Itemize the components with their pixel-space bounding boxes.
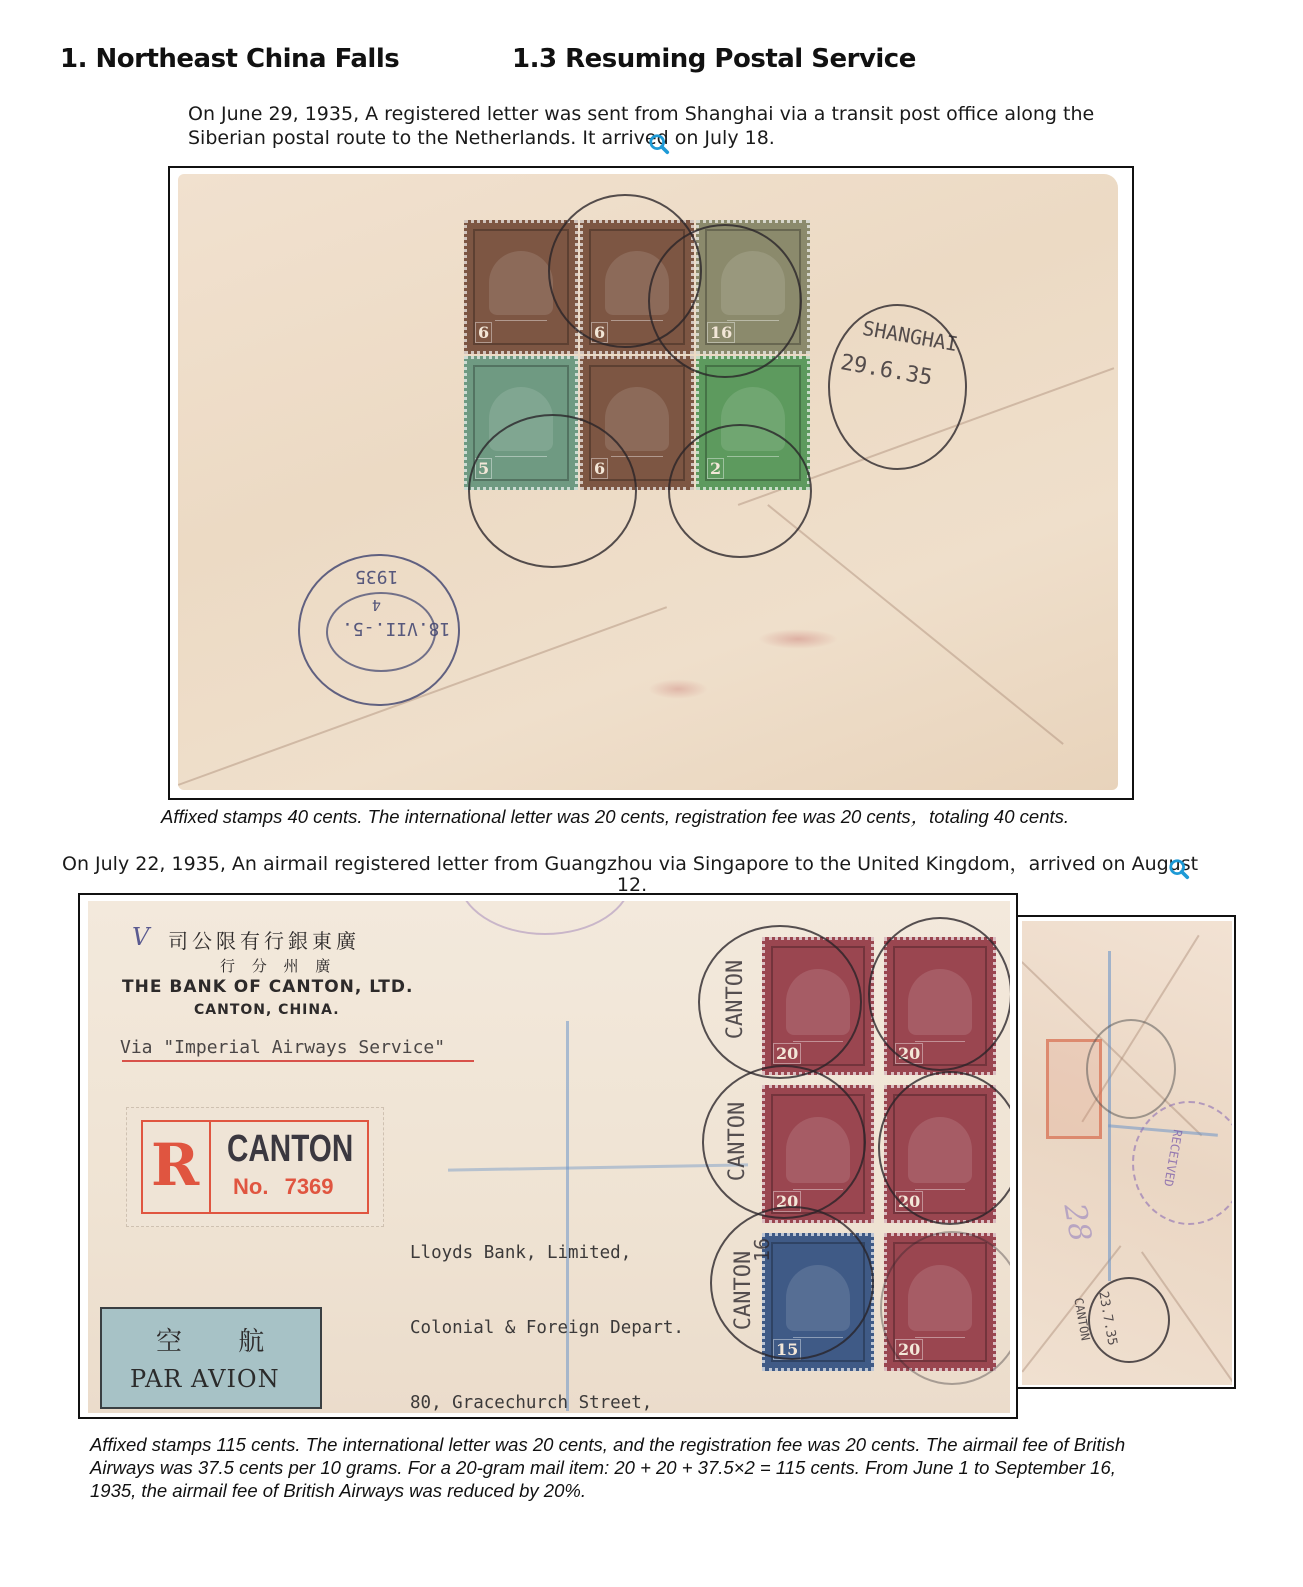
canton-back-postmark: 23.7.35 CANTON <box>1088 1277 1170 1363</box>
magnifier-icon[interactable] <box>1168 858 1190 880</box>
sender-cjk-line1: 廣東銀行有限公司 <box>168 925 360 954</box>
airmail-label-text: PAR AVION <box>130 1365 280 1393</box>
cover1-image: 6616562 SHANGHAI 29.6.35 18.VII.-5. 1935… <box>168 166 1134 800</box>
magnifier-icon[interactable] <box>648 133 670 155</box>
cover2-caption-line3: 1935, the airmail fee of British Airways… <box>90 1479 1240 1502</box>
red-underline <box>122 1060 474 1062</box>
registration-letter: R <box>151 1130 199 1200</box>
cover1-description-line1: On June 29, 1935, A registered letter wa… <box>188 102 1094 126</box>
shanghai-postmark: SHANGHAI 29.6.35 <box>828 304 967 470</box>
received-postmark: RECEIVED <box>1132 1101 1232 1225</box>
cover2-description-line1: On July 22, 1935, An airmail registered … <box>62 852 1202 876</box>
postmark <box>648 224 802 378</box>
cover1-caption: Affixed stamps 40 cents. The internation… <box>161 805 1069 828</box>
cover2-caption: Affixed stamps 115 cents. The internatio… <box>90 1433 1240 1502</box>
envelope-front: V 廣東銀行有限公司 廣 州 分 行 THE BANK OF CANTON, L… <box>88 901 1010 1413</box>
postmark <box>468 414 637 568</box>
cover2-description: On July 22, 1935, An airmail registered … <box>62 852 1202 894</box>
postmark <box>878 1071 1010 1225</box>
canton-postmark: CANTON <box>702 1065 866 1219</box>
section-title: 1. Northeast China Falls <box>60 44 399 74</box>
check-mark: V <box>132 923 149 951</box>
arrival-postmark: 18.VII.-5. 1935 4 <box>298 554 460 706</box>
cover1-description: On June 29, 1935, A registered letter wa… <box>188 102 1094 150</box>
cover2-caption-line2: Airways was 37.5 cents per 10 grams. For… <box>90 1456 1240 1479</box>
sender-city: CANTON, CHINA. <box>194 1002 340 1018</box>
envelope-back: RECEIVED 28 23.7.35 CANTON <box>1022 921 1232 1385</box>
cover2-description-line2: 12. <box>62 876 1202 894</box>
sender-cjk-line2: 廣 州 分 行 <box>220 955 336 976</box>
cover2-front-image: V 廣東銀行有限公司 廣 州 分 行 THE BANK OF CANTON, L… <box>78 893 1018 1419</box>
envelope-back: 6616562 SHANGHAI 29.6.35 18.VII.-5. 1935… <box>178 174 1118 790</box>
recipient-address: Lloyds Bank, Limited, Colonial & Foreign… <box>410 1191 684 1413</box>
subsection-title: 1.3 Resuming Postal Service <box>512 44 916 74</box>
cover2-caption-line1: Affixed stamps 115 cents. The internatio… <box>90 1433 1240 1456</box>
postmark <box>668 424 812 558</box>
postmark <box>868 917 1010 1071</box>
registration-number-label: No. <box>233 1174 268 1199</box>
cover2-back-image: RECEIVED 28 23.7.35 CANTON <box>1016 915 1236 1389</box>
registration-label: R CANTON No. 7369 <box>126 1107 384 1227</box>
cover1-description-line2: Siberian postal route to the Netherlands… <box>188 126 1094 150</box>
canton-postmark: CANTON <box>698 925 862 1079</box>
postmark <box>1086 1019 1176 1119</box>
airmail-label: 航 空 PAR AVION <box>100 1307 322 1409</box>
airmail-label-cjk: 航 空 <box>156 1321 288 1358</box>
stamp-value: 6 <box>475 322 492 343</box>
routing-note: Via "Imperial Airways Service" <box>120 1035 445 1060</box>
canton-postmark: CANTON 16 <box>710 1206 874 1360</box>
sender-name: THE BANK OF CANTON, LTD. <box>122 977 413 997</box>
registration-number: 7369 <box>285 1174 334 1199</box>
registration-office: CANTON <box>227 1128 353 1171</box>
